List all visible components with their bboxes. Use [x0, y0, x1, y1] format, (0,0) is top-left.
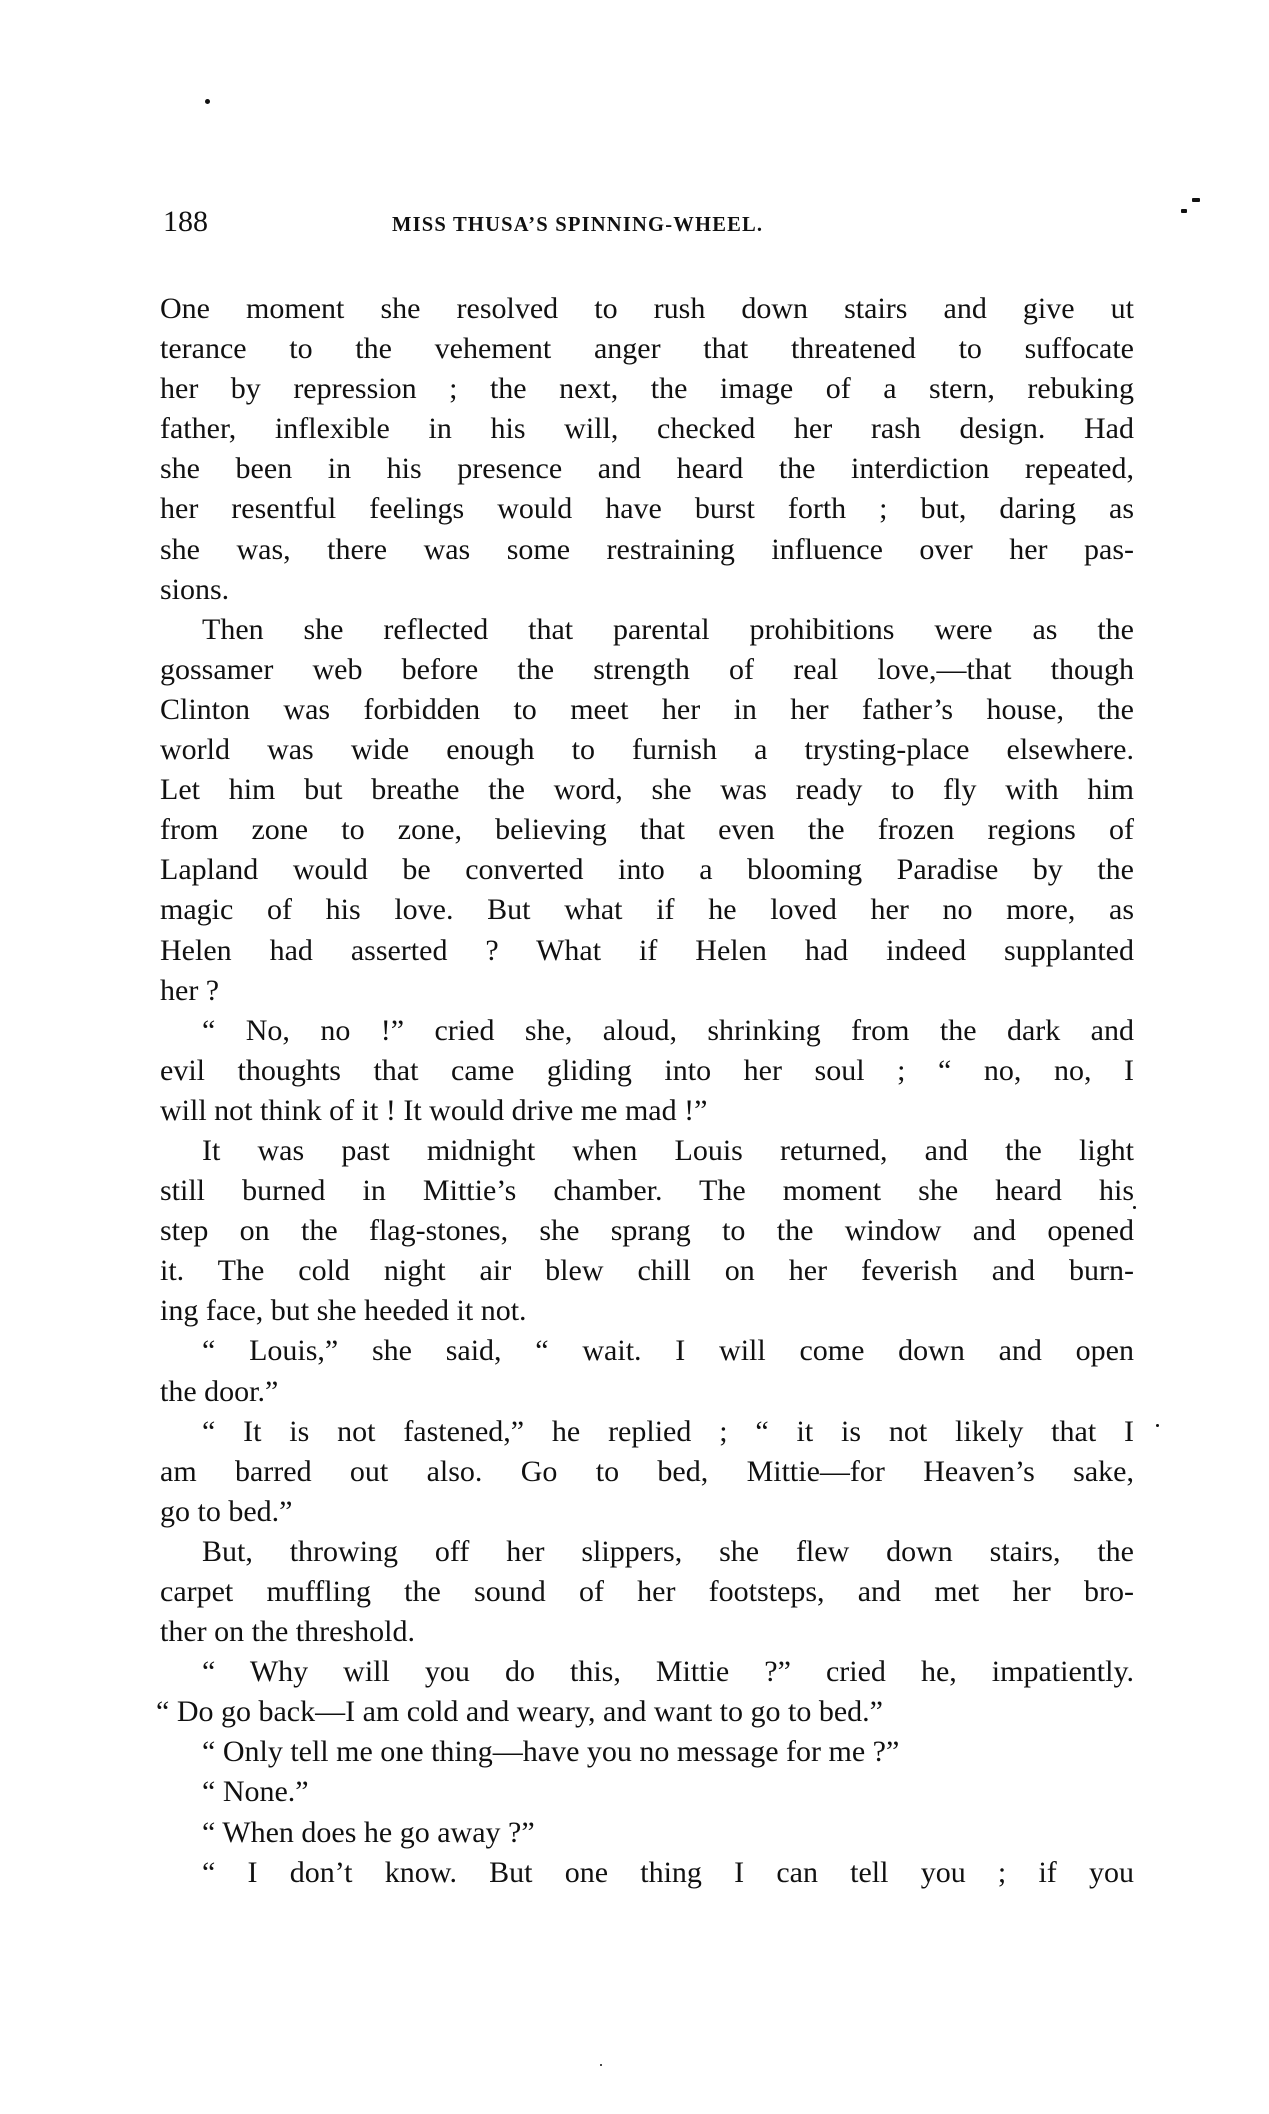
text-line: go to bed.”	[160, 1492, 1134, 1532]
text-line: will not think of it ! It would drive me…	[160, 1091, 1134, 1131]
text-line: the door.”	[160, 1372, 1134, 1412]
text-line: ther on the threshold.	[160, 1612, 1134, 1652]
running-title: MISS THUSA’S SPINNING-WHEEL.	[392, 209, 763, 239]
scan-speck-right-1	[1192, 198, 1200, 202]
text-line: “ None.”	[160, 1772, 1134, 1812]
scan-speck-bottom	[600, 2064, 602, 2066]
text-line: Helen had asserted ? What if Helen had i…	[160, 931, 1134, 971]
text-line: her by repression ; the next, the image …	[160, 369, 1134, 409]
text-line: she was, there was some restraining infl…	[160, 530, 1134, 570]
page-number: 188	[163, 205, 208, 239]
text-line: sions.	[160, 570, 1134, 610]
text-line: “ Only tell me one thing—have you no mes…	[160, 1732, 1134, 1772]
body-text: One moment she resolved to rush down sta…	[160, 289, 1134, 1893]
text-line: Clinton was forbidden to meet her in her…	[160, 690, 1134, 730]
scan-speck-margin	[1156, 1424, 1159, 1427]
text-line: step on the flag-stones, she sprang to t…	[160, 1211, 1134, 1251]
text-line: “ When does he go away ?”	[160, 1813, 1134, 1853]
scan-speck-right-2	[1181, 209, 1187, 213]
running-head: 188 MISS THUSA’S SPINNING-WHEEL.	[163, 205, 908, 239]
text-line: carpet muffling the sound of her footste…	[160, 1572, 1134, 1612]
text-line: her resentful feelings would have burst …	[160, 489, 1134, 529]
text-line: “ Louis,” she said, “ wait. I will come …	[160, 1331, 1134, 1371]
text-line: One moment she resolved to rush down sta…	[160, 289, 1134, 329]
text-line: But, throwing off her slippers, she flew…	[160, 1532, 1134, 1572]
text-line: gossamer web before the strength of real…	[160, 650, 1134, 690]
text-line: It was past midnight when Louis returned…	[160, 1131, 1134, 1171]
text-line: still burned in Mittie’s chamber. The mo…	[160, 1171, 1134, 1211]
text-line: it. The cold night air blew chill on her…	[160, 1251, 1134, 1291]
text-line: her ?	[160, 971, 1134, 1011]
text-line: “ It is not fastened,” he replied ; “ it…	[160, 1412, 1134, 1452]
text-line: am barred out also. Go to bed, Mittie—fo…	[160, 1452, 1134, 1492]
text-line: Let him but breathe the word, she was re…	[160, 770, 1134, 810]
text-line: “ Why will you do this, Mittie ?” cried …	[160, 1652, 1134, 1692]
text-line: world was wide enough to furnish a tryst…	[160, 730, 1134, 770]
text-line: Lapland would be converted into a bloomi…	[160, 850, 1134, 890]
book-page: 188 MISS THUSA’S SPINNING-WHEEL. One mom…	[0, 0, 1269, 2114]
text-line: father, inflexible in his will, checked …	[160, 409, 1134, 449]
text-line: she been in his presence and heard the i…	[160, 449, 1134, 489]
text-line: Then she reflected that parental prohibi…	[160, 610, 1134, 650]
text-line: from zone to zone, believing that even t…	[160, 810, 1134, 850]
text-line: ing face, but she heeded it not.	[160, 1291, 1134, 1331]
text-line: “ No, no !” cried she, aloud, shrinking …	[160, 1011, 1134, 1051]
text-line: “ Do go back—I am cold and weary, and wa…	[156, 1692, 1134, 1732]
text-line: “ I don’t know. But one thing I can tell…	[160, 1853, 1134, 1893]
text-line: terance to the vehement anger that threa…	[160, 329, 1134, 369]
scan-speck-top	[205, 99, 210, 104]
text-line: evil thoughts that came gliding into her…	[160, 1051, 1134, 1091]
text-line: magic of his love. But what if he loved …	[160, 890, 1134, 930]
